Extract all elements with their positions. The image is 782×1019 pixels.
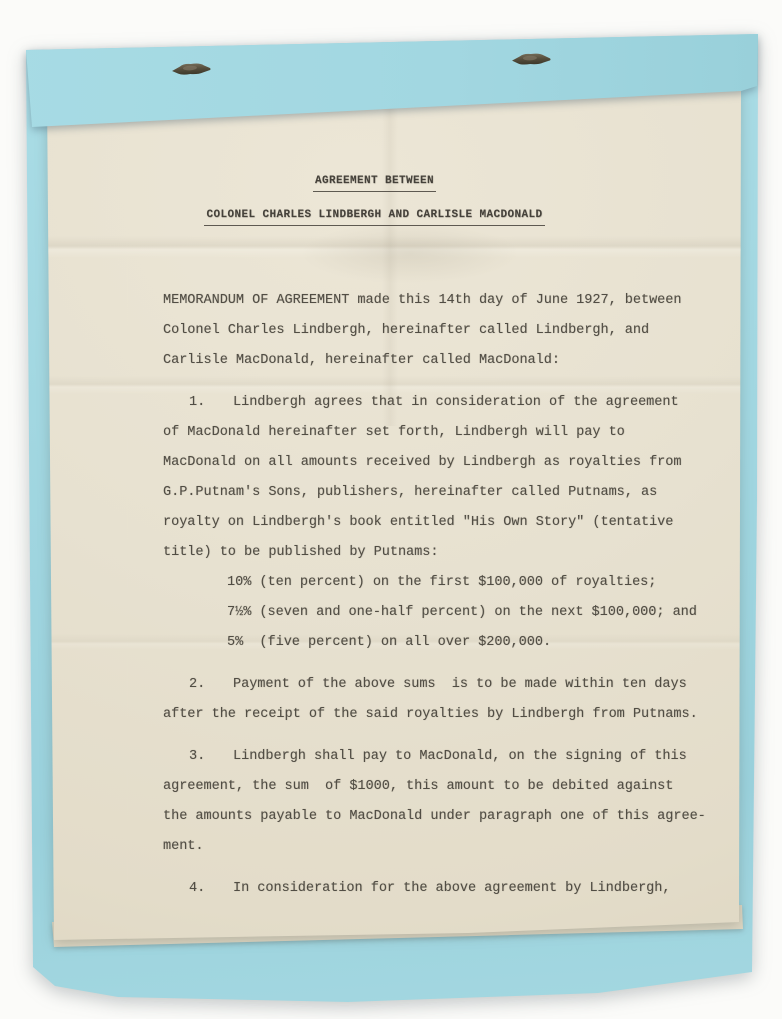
typed-line: MacDonald on all amounts received by Lin… xyxy=(163,448,724,478)
typed-line: Colonel Charles Lindbergh, hereinafter c… xyxy=(163,316,724,346)
typed-text: Payment of the above sums is to be made … xyxy=(233,677,687,692)
clause-2: 2.Payment of the above sums is to be mad… xyxy=(163,670,724,730)
sublist-block: 10% (ten percent) on the first $100,000 … xyxy=(227,568,724,658)
paragraph-number: 3. xyxy=(189,742,233,772)
clause-4: 4.In consideration for the above agreeme… xyxy=(163,874,724,904)
typed-line: MEMORANDUM OF AGREEMENT made this 14th d… xyxy=(163,286,724,316)
title-text-1: AGREEMENT BETWEEN xyxy=(313,173,436,192)
typed-line: 4.In consideration for the above agreeme… xyxy=(163,874,724,904)
paragraph-number: 1. xyxy=(189,388,233,418)
typed-line: the amounts payable to MacDonald under p… xyxy=(163,802,724,832)
typed-line: 3.Lindbergh shall pay to MacDonald, on t… xyxy=(163,742,724,772)
title-line-1: AGREEMENT BETWEEN xyxy=(94,170,655,192)
typed-line: of MacDonald hereinafter set forth, Lind… xyxy=(163,418,724,448)
paragraph-number: 4. xyxy=(189,874,233,904)
typed-line: 2.Payment of the above sums is to be mad… xyxy=(163,670,724,700)
typed-line: after the receipt of the said royalties … xyxy=(163,700,724,730)
typed-line: G.P.Putnam's Sons, publishers, hereinaft… xyxy=(163,478,724,508)
typewritten-content: AGREEMENT BETWEEN COLONEL CHARLES LINDBE… xyxy=(48,96,742,940)
document-body: MEMORANDUM OF AGREEMENT made this 14th d… xyxy=(163,286,724,904)
typed-line: 5% (five percent) on all over $200,000. xyxy=(227,628,724,658)
typed-line: 7½% (seven and one-half percent) on the … xyxy=(227,598,724,628)
paragraph-block: MEMORANDUM OF AGREEMENT made this 14th d… xyxy=(163,286,724,376)
title-text-2: COLONEL CHARLES LINDBERGH AND CARLISLE M… xyxy=(204,207,544,226)
typed-line: agreement, the sum of $1000, this amount… xyxy=(163,772,724,802)
typed-line: 10% (ten percent) on the first $100,000 … xyxy=(227,568,724,598)
brass-fastener-icon xyxy=(510,50,553,67)
typed-text: Lindbergh shall pay to MacDonald, on the… xyxy=(233,749,687,764)
clause-1: 1.Lindbergh agrees that in consideration… xyxy=(163,388,724,568)
title-line-2: COLONEL CHARLES LINDBERGH AND CARLISLE M… xyxy=(94,204,655,226)
typed-text: In consideration for the above agreement… xyxy=(233,881,670,896)
paragraph-number: 2. xyxy=(189,670,233,700)
typed-line: royalty on Lindbergh's book entitled "Hi… xyxy=(163,508,724,538)
typed-line: 1.Lindbergh agrees that in consideration… xyxy=(163,388,724,418)
typed-line: title) to be published by Putnams: xyxy=(163,538,724,568)
document-title: AGREEMENT BETWEEN COLONEL CHARLES LINDBE… xyxy=(94,170,655,226)
typed-line: Carlisle MacDonald, hereinafter called M… xyxy=(163,346,724,376)
typed-text: Lindbergh agrees that in consideration o… xyxy=(233,395,679,410)
clause-3: 3.Lindbergh shall pay to MacDonald, on t… xyxy=(163,742,724,862)
typed-line: ment. xyxy=(163,832,724,862)
photo-scene: AGREEMENT BETWEEN COLONEL CHARLES LINDBE… xyxy=(0,0,782,1019)
brass-fastener-icon xyxy=(170,60,213,78)
